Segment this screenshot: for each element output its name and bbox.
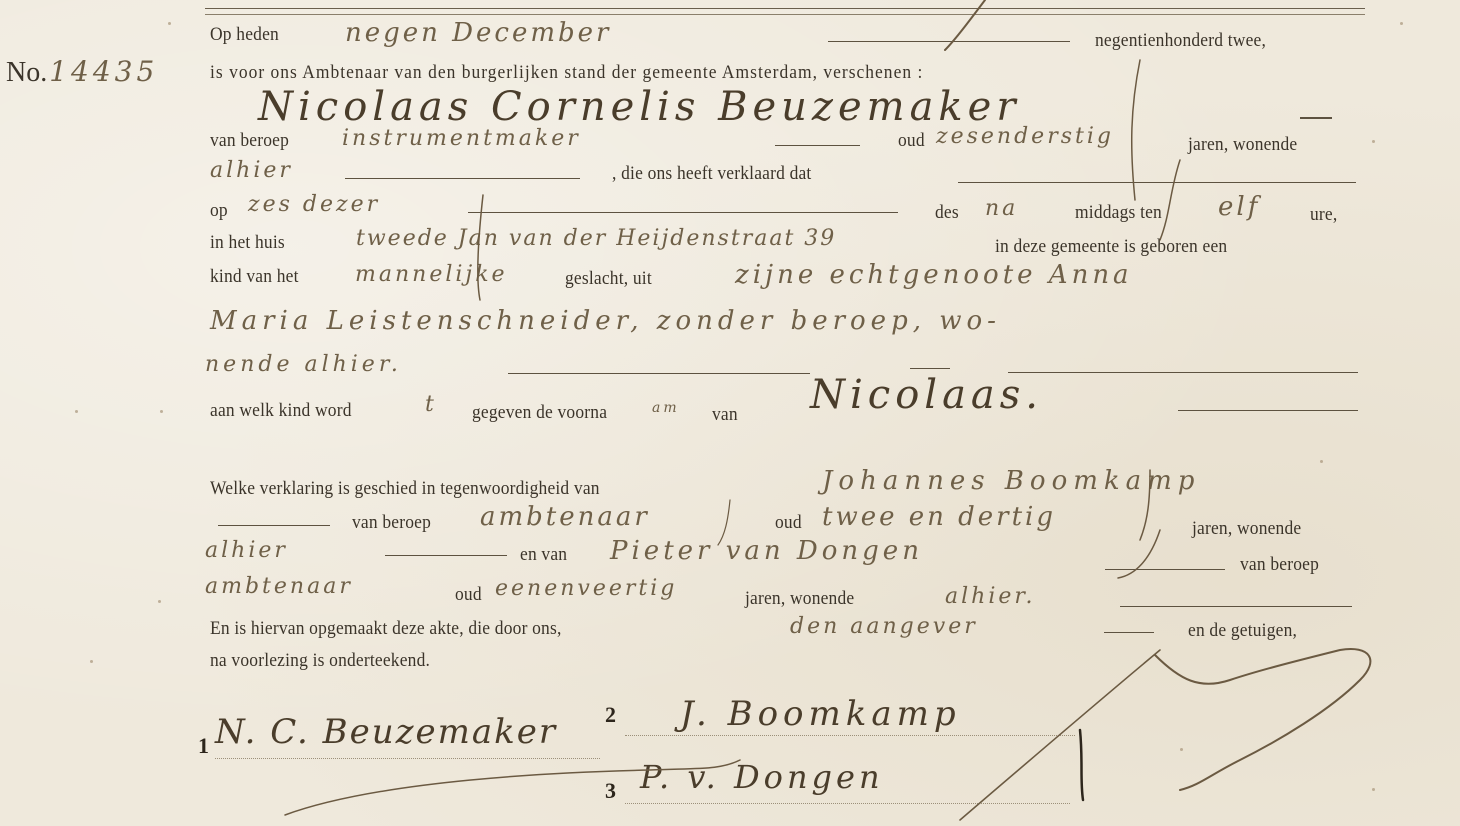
official-paraph-icon (1155, 649, 1370, 790)
printed-van-beroep: van beroep (210, 130, 289, 152)
fill-line (508, 373, 810, 374)
handwritten-child-name: Nicolaas. (810, 372, 1043, 418)
printed-van: van (712, 404, 738, 426)
printed-born-in-municipality: in deze gemeente is geboren een (995, 236, 1227, 258)
printed-kind-van-het: kind van het (210, 266, 299, 288)
paper-speck (1180, 748, 1183, 751)
handwritten-witness1-residence: alhier (205, 538, 288, 563)
top-rule (205, 8, 1365, 9)
printed-op: op (210, 200, 228, 222)
printed-appearance-line: is voor ons Ambtenaar van den burgerlijk… (210, 62, 923, 84)
signature-number-2: 2 (605, 702, 616, 728)
paper-speck (168, 22, 171, 25)
handwritten-birth-day: zes dezer (248, 192, 380, 217)
handwritten-t: t (425, 392, 437, 417)
printed-op-heden: Op heden (210, 24, 279, 46)
fill-line (468, 212, 898, 213)
strike-stroke (1132, 60, 1140, 200)
printed-aan-welk-kind: aan welk kind word (210, 400, 352, 422)
printed-middags-ten: middags ten (1075, 202, 1162, 224)
handwritten-witness1-age: twee en dertig (822, 502, 1056, 532)
paper-speck (1400, 22, 1403, 25)
birth-certificate-page: No.14435 Op heden negen December negenti… (0, 0, 1460, 826)
signature-divider (1080, 730, 1083, 800)
fill-line (828, 41, 1070, 42)
handwritten-den-aangever: den aangever (790, 614, 978, 639)
signature-line-3 (625, 803, 1070, 804)
printed-van-beroep-2: van beroep (352, 512, 431, 534)
printed-en-van: en van (520, 544, 567, 566)
printed-in-het-huis: in het huis (210, 232, 285, 254)
paper-speck (160, 410, 163, 413)
paper-speck (158, 600, 161, 603)
printed-geslacht-uit: geslacht, uit (565, 268, 652, 290)
handwritten-spouse-intro: zijne echtgenoote Anna (735, 260, 1133, 290)
fill-line (218, 525, 330, 526)
printed-onderteekend: na voorlezing is onderteekend. (210, 650, 430, 672)
paper-speck (1372, 788, 1375, 791)
fill-line (1178, 410, 1358, 411)
handwritten-residence: alhier (210, 158, 293, 183)
handwritten-am: am (652, 400, 680, 416)
handwritten-witness1-name: Johannes Boomkamp (822, 466, 1200, 496)
handwritten-witness2-name: Pieter van Dongen (610, 536, 923, 566)
printed-des: des (935, 202, 959, 224)
handwritten-witness2-age: eenenveertig (495, 576, 677, 601)
printed-witness-intro: Welke verklaring is geschied in tegenwoo… (210, 478, 600, 500)
handwritten-sex: mannelijke (355, 262, 508, 287)
handwritten-mother-name: Maria Leistenschneider, zonder beroep, w… (210, 306, 1001, 336)
handwritten-witness2-occupation: ambtenaar (205, 574, 353, 599)
handwritten-occupation: instrumentmaker (342, 126, 581, 151)
printed-jaren-wonende: jaren, wonende (1188, 134, 1297, 156)
signature-number-1: 1 (198, 733, 209, 759)
printed-en-de-getuigen: en de getuigen, (1188, 620, 1297, 642)
printed-year: negentienhonderd twee, (1095, 30, 1266, 52)
strike-stroke (1118, 530, 1160, 578)
paper-speck (75, 410, 78, 413)
fill-line (1008, 372, 1358, 373)
handwritten-witness1-occupation: ambtenaar (480, 502, 650, 532)
printed-oud-2: oud (775, 512, 802, 534)
fill-line (345, 178, 580, 179)
record-number-label: No. (6, 57, 47, 88)
handwritten-witness2-residence: alhier. (945, 584, 1035, 609)
signature-line-1 (215, 758, 600, 759)
fill-line (958, 182, 1356, 183)
handwritten-mother-residence: nende alhier. (205, 352, 402, 377)
fill-line (910, 368, 950, 369)
paper-speck (1320, 460, 1323, 463)
handwritten-hour: elf (1218, 192, 1260, 222)
printed-oud-3: oud (455, 584, 482, 606)
printed-jaren-wonende-3: jaren, wonende (745, 588, 854, 610)
signature-number-3: 3 (605, 778, 616, 804)
signature-witness-1: J. Boomkamp (680, 694, 961, 734)
record-number-value: 14435 (49, 55, 158, 88)
fill-line (1300, 117, 1332, 119)
strike-stroke (1160, 160, 1180, 240)
fill-line (1120, 606, 1352, 607)
fill-line (1104, 632, 1154, 633)
record-number: No.14435 (6, 55, 158, 89)
printed-oud: oud (898, 130, 925, 152)
handwritten-declarant-name: Nicolaas Cornelis Beuzemaker (258, 84, 1020, 130)
fill-line (775, 145, 860, 146)
signature-line-2 (625, 735, 1075, 736)
handwritten-address: tweede Jan van der Heijdenstraat 39 (356, 226, 836, 251)
fill-line (385, 555, 507, 556)
printed-ure: ure, (1310, 204, 1337, 226)
handwritten-na: na (985, 196, 1018, 221)
top-rule-secondary (205, 14, 1365, 15)
paper-speck (1372, 140, 1375, 143)
handwritten-date: negen December (345, 18, 611, 48)
printed-jaren-wonende-2: jaren, wonende (1192, 518, 1301, 540)
printed-van-beroep-3: van beroep (1240, 554, 1319, 576)
signature-witness-2: P. v. Dongen (640, 758, 884, 796)
printed-gegeven-voornaam: gegeven de voorna (472, 402, 607, 424)
handwritten-age: zesenderstig (936, 124, 1114, 149)
signature-declarant: N. C. Beuzemaker (215, 712, 557, 752)
printed-declared-that: , die ons heeft verklaard dat (612, 163, 811, 185)
printed-akte-opgemaakt: En is hiervan opgemaakt deze akte, die d… (210, 618, 562, 640)
paper-speck (90, 660, 93, 663)
fill-line (1105, 569, 1225, 570)
